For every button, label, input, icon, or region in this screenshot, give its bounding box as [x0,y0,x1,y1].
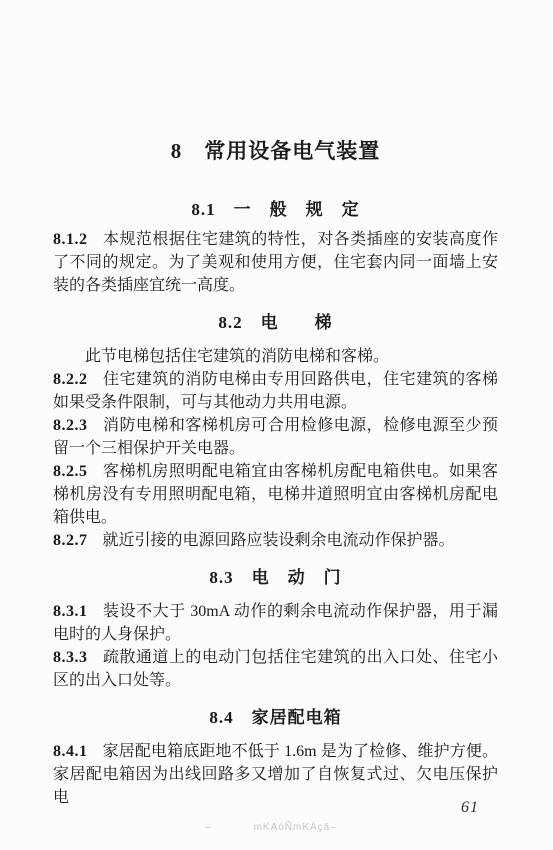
watermark: – mKAóÑmKÁçā– [205,822,337,833]
chapter-title: 8 常用设备电气装置 [53,0,498,166]
clause-number: 8.3.3 [53,649,88,666]
clause-8-4-1: 8.4.1家居配电箱底距地不低于 1.6m 是为了检修、维护方便。家居配电箱因为… [53,740,498,809]
clause-number: 8.3.1 [53,603,88,620]
clause-number: 8.1.2 [53,231,88,248]
clause-8-2-5: 8.2.5客梯机房照明配电箱宜由客梯机房配电箱供电。如果客梯机房没有专用照明配电… [53,460,498,529]
clause-number: 8.2.3 [53,417,88,434]
clause-number: 8.2.5 [53,463,88,480]
section-intro-8-2: 此节电梯包括住宅建筑的消防电梯和客梯。 [53,345,498,368]
clause-text: 本规范根据住宅建筑的特性，对各类插座的安装高度作了不同的规定。为了美观和使用方便… [53,231,498,294]
document-page: 8 常用设备电气装置 8.1 一 般 规 定 8.1.2本规范根据住宅建筑的特性… [0,0,553,850]
clause-text: 装设不大于 30mA 动作的剩余电流动作保护器，用于漏电时的人身保护。 [53,603,498,643]
clause-8-2-7: 8.2.7就近引接的电源回路应装设剩余电流动作保护器。 [53,529,498,552]
clause-8-3-3: 8.3.3疏散通道上的电动门包括住宅建筑的出入口处、住宅小区的出入口处等。 [53,646,498,692]
clause-8-1-2: 8.1.2本规范根据住宅建筑的特性，对各类插座的安装高度作了不同的规定。为了美观… [53,228,498,297]
clause-8-2-2: 8.2.2住宅建筑的消防电梯由专用回路供电，住宅建筑的客梯如果受条件限制，可与其… [53,368,498,414]
watermark-dash: – [205,822,212,833]
clause-text: 消防电梯和客梯机房可合用检修电源，检修电源至少预留一个三相保护开关电器。 [53,417,498,457]
clause-8-3-1: 8.3.1装设不大于 30mA 动作的剩余电流动作保护器，用于漏电时的人身保护。 [53,600,498,646]
page-number: 61 [461,799,479,817]
section-heading-8-4: 8.4 家居配电箱 [53,706,498,729]
clause-text: 家居配电箱底距地不低于 1.6m 是为了检修、维护方便。家居配电箱因为出线回路多… [53,743,498,806]
clause-text: 住宅建筑的消防电梯由专用回路供电，住宅建筑的客梯如果受条件限制，可与其他动力共用… [53,371,498,411]
section-heading-8-1: 8.1 一 般 规 定 [53,198,498,221]
clause-text: 客梯机房照明配电箱宜由客梯机房配电箱供电。如果客梯机房没有专用照明配电箱，电梯井… [53,463,498,526]
clause-number: 8.2.7 [53,532,88,549]
clause-number: 8.4.1 [53,743,88,760]
clause-8-2-3: 8.2.3消防电梯和客梯机房可合用检修电源，检修电源至少预留一个三相保护开关电器… [53,414,498,460]
clause-text: 疏散通道上的电动门包括住宅建筑的出入口处、住宅小区的出入口处等。 [53,649,498,689]
section-heading-8-3: 8.3 电 动 门 [53,566,498,589]
clause-text: 就近引接的电源回路应装设剩余电流动作保护器。 [103,532,455,549]
watermark-text: mKAóÑmKÁçā– [254,822,337,833]
clause-number: 8.2.2 [53,371,88,388]
section-heading-8-2: 8.2 电 梯 [53,311,498,334]
